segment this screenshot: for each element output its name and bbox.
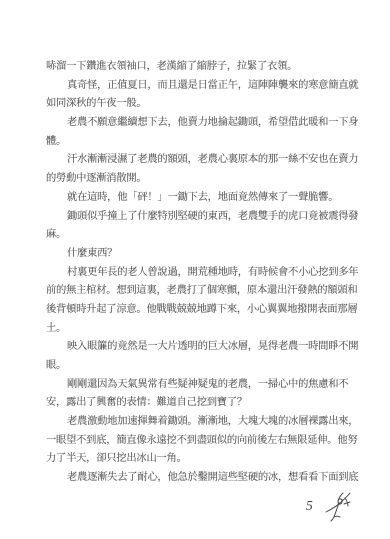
text-block: 哧溜一下鑽進衣領袖口，老漢縮了縮脖子，拉緊了衣領。真奇怪，正值夏日，而且還是日當…	[46, 58, 366, 488]
text-line: 土。	[46, 320, 366, 339]
text-line: 村裏更年長的老人曾說過，開荒種地時，有時候會不小心挖到多年	[46, 264, 366, 283]
text-line: 真奇怪，正值夏日，而且還是日當正午，這陣陣襲來的寒意簡直就	[46, 77, 366, 96]
text-line: 前的無主棺材。想到這裏，老農打了個寒顫，原本還出汗發熱的額頭和	[46, 282, 366, 301]
text-line: 汗水漸漸浸濕了老農的額頭，老農心裏原本的那一絲不安也在賣力	[46, 151, 366, 170]
text-line: 老農逐漸失去了耐心，他急於鑿開這些堅硬的冰，想看看下面到底	[46, 469, 366, 488]
text-line: 眼。	[46, 357, 366, 376]
text-line: 後背頓時升起了涼意。他戰戰兢兢地蹲下來，小心翼翼地撥開表面那層	[46, 301, 366, 320]
text-line: 就在這時，他「砰！」一鋤下去，地面竟然傳來了一聲脆響。	[46, 189, 366, 208]
text-line: 如同深秋的午夜一般。	[46, 95, 366, 114]
text-line: 剛剛還因為天氣異常有些疑神疑鬼的老農，一掃心中的焦慮和不	[46, 376, 366, 395]
text-line: 什麼東西？	[46, 245, 366, 264]
text-line: 麻。	[46, 226, 366, 245]
text-line: 老農不願意繼續想下去，他賣力地掄起鋤頭，希望借此暖和一下身	[46, 114, 366, 133]
text-line: 一眼望不到底，簡直像永遠挖不到盡頭似的向前後左右無限延伸。他努	[46, 432, 366, 451]
text-line: 鋤頭似乎撞上了什麼特別堅硬的東西，老農雙手的虎口竟被震得發	[46, 208, 366, 227]
page-number: 5	[306, 498, 313, 514]
text-line: 的勞動中逐漸消散開。	[46, 170, 366, 189]
text-line: 老農激動地加速揮舞着鋤頭。漸漸地，大塊大塊的冰層裸露出來，	[46, 413, 366, 432]
page-footer: 5	[0, 490, 390, 530]
text-line: 力了半天，卻只挖出冰山一角。	[46, 450, 366, 469]
book-page: 哧溜一下鑽進衣領袖口，老漢縮了縮脖子，拉緊了衣領。真奇怪，正值夏日，而且還是日當…	[0, 0, 390, 539]
text-line: 映入眼簾的竟然是一大片透明的巨大冰層，晃得老農一時間睜不開	[46, 338, 366, 357]
text-line: 哧溜一下鑽進衣領袖口，老漢縮了縮脖子，拉緊了衣領。	[46, 58, 366, 77]
text-line: 安，露出了興奮的表情：難道自己挖到寶了？	[46, 394, 366, 413]
text-line: 體。	[46, 133, 366, 152]
plant-scribble-icon	[324, 490, 351, 522]
